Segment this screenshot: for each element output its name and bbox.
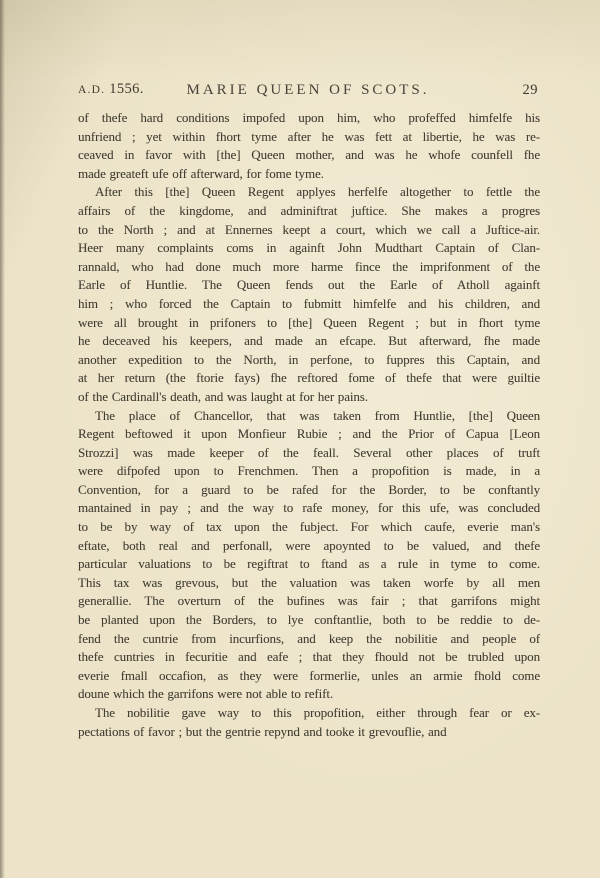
book-page: A.D. 1556. MARIE QUEEN OF SCOTS. 29 of t…: [0, 0, 600, 878]
text-line: eftate, both real and perfonall, were ap…: [78, 537, 540, 556]
text-line: unfriend ; yet within fhort tyme after h…: [78, 128, 540, 147]
text-line: him ; who forced the Captain to fubmitt …: [78, 295, 540, 314]
text-line: Convention, for a guard to be rafed for …: [78, 481, 540, 500]
text-line: made greateft ufe off afterward, for fom…: [78, 165, 540, 184]
text-line: doune which the garrifons were not able …: [78, 685, 540, 704]
paragraph: The nobilitie gave way to this propofiti…: [78, 704, 540, 741]
text-line: everie fmall occafion, as they were form…: [78, 667, 540, 686]
text-line: Heer many complaints coms in againft Joh…: [78, 239, 540, 258]
page-number: 29: [523, 82, 539, 99]
text-line: were difpofed upon to Frenchmen. Then a …: [78, 462, 540, 481]
text-line: mantained in pay ; and the way to rafe m…: [78, 499, 540, 518]
text-line: The place of Chancellor, that was taken …: [78, 407, 540, 426]
body-text: of thefe hard conditions impofed upon hi…: [78, 109, 540, 741]
text-line: were all brought in prifoners to [the] Q…: [78, 314, 540, 333]
text-line: ceaved in favor with [the] Queen mother,…: [78, 146, 540, 165]
text-line: generallie. The overturn of the bufines …: [78, 592, 540, 611]
text-line: of thefe hard conditions impofed upon hi…: [78, 109, 540, 128]
text-line: thefe cuntries in fecuritie and eafe ; t…: [78, 648, 540, 667]
paragraph: of thefe hard conditions impofed upon hi…: [78, 109, 540, 183]
date-year: 1556.: [109, 81, 144, 97]
date-era: A.D.: [78, 84, 105, 96]
text-line: This tax was grevous, but the valuation …: [78, 574, 540, 593]
text-line: fend the cuntrie from incurfions, and ke…: [78, 630, 540, 649]
text-line: of the Cardinall's death, and was laught…: [78, 388, 540, 407]
text-line: particular valuations to be regiftrat to…: [78, 555, 540, 574]
text-line: another expedition to the North, in perf…: [78, 351, 540, 370]
date-label: A.D. 1556.: [78, 81, 144, 98]
text-line: Regent beftowed it upon Monfieur Rubie ;…: [78, 425, 540, 444]
text-line: at her return (the ftorie fays) fhe reft…: [78, 369, 540, 388]
paragraph: After this [the] Queen Regent applyes he…: [78, 183, 540, 406]
text-line: be planted upon the Borders, to lye conf…: [78, 611, 540, 630]
text-line: The nobilitie gave way to this propofiti…: [78, 704, 540, 723]
text-line: to be by way of tax upon the fubject. Fo…: [78, 518, 540, 537]
page-title: MARIE QUEEN OF SCOTS.: [186, 82, 429, 99]
text-line: After this [the] Queen Regent applyes he…: [78, 183, 540, 202]
scan-edge-shadow: [0, 0, 5, 878]
text-line: affairs of the kingdome, and adminiftrat…: [78, 202, 540, 221]
text-line: rannald, who had done much more harme fi…: [78, 258, 540, 277]
text-line: to the North ; and at Ennernes keept a c…: [78, 221, 540, 240]
page-header: A.D. 1556. MARIE QUEEN OF SCOTS. 29: [78, 79, 538, 99]
text-line: he deceaved his keepers, and made an efc…: [78, 332, 540, 351]
text-line: Strozzi] was made keeper of the feall. S…: [78, 444, 540, 463]
text-line: pectations of favor ; but the gentrie re…: [78, 723, 540, 742]
paragraph: The place of Chancellor, that was taken …: [78, 407, 540, 705]
text-line: Earle of Huntlie. The Queen fends out th…: [78, 276, 540, 295]
